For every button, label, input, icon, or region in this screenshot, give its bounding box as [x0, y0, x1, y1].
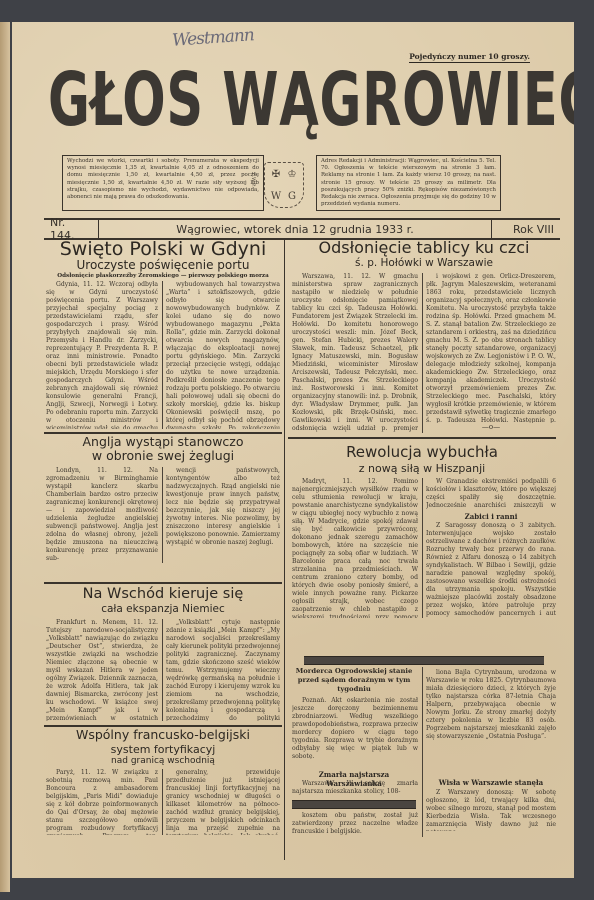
main-column-divider — [284, 240, 285, 860]
article-gdynia-col2: wybudowanych hal towarzystwa „Warta” i s… — [166, 281, 280, 429]
subheading-zabici-i-ranni: Zabici i ranni — [426, 512, 556, 521]
headline-anglja: Anglja wystąpi stanowczo — [44, 436, 282, 449]
column-divider — [162, 467, 163, 563]
column-divider — [162, 281, 163, 429]
subheadline-holowko: ś. p. Hołówki w Warszawie — [288, 258, 560, 269]
column-divider — [422, 273, 423, 433]
editorial-address-box: Adres Redakcji i Administracji: Wągrowie… — [316, 155, 501, 211]
section-rule — [44, 582, 282, 584]
headline-hiszpanja: Rewolucja wybuchła — [288, 445, 556, 460]
subheadline-fortyfikacje: system fortyfikacyj — [44, 744, 282, 755]
article-fortyfikacje-col1: Paryż, 11. 12. W związku z sobotnią rozm… — [46, 769, 158, 835]
article-anglja-col1: Londyn, 11. 12. Na zgromadzeniu w Birmin… — [46, 467, 158, 563]
kicker-gdynia: Odsłonięcie płaskorzeźby Żeromskiego — p… — [44, 273, 282, 279]
black-divider-bar — [304, 656, 544, 665]
article-ogrodowska-col1: Poznań. Akt oskarżenia nie został jeszcz… — [292, 697, 418, 759]
subscription-info-box: Wychodzi we wtorki, czwartki i soboty. P… — [62, 155, 264, 211]
article-holowko-col2: i wojskowi z gen. Orlicz-Dreszerem, płk.… — [426, 273, 556, 423]
article-warszawianka: Warszawa. W sobotę zmarła najstarsza mie… — [292, 780, 418, 796]
column-divider — [162, 619, 163, 721]
headline-wisla: Wisła w Warszawie stanęła — [426, 778, 556, 787]
headline-wschod: Na Wschód kieruje się — [44, 587, 282, 602]
subheadline-anglja: w obronie swej żeglugi — [44, 450, 282, 463]
article-gdynia-col1: Gdynia, 11. 12. Wczoraj odbyła się w Gdy… — [46, 281, 158, 429]
article-wisla: Z Warszawy donoszą: W sobotę ogłoszono, … — [426, 789, 556, 831]
article-ogrodowska-col2: liona Bajla Cytrynbaum, urodzona w Warsz… — [426, 669, 556, 761]
subheadline-wschod: cała ekspanzja Niemiec — [44, 604, 282, 615]
subheadline-hiszpanja: z nową siłą w Hiszpanji — [288, 463, 556, 474]
headline-fortyfikacje: Wspólny francusko-belgijski — [44, 729, 282, 742]
volume-year: Rok VIII — [491, 220, 560, 238]
column-divider — [422, 478, 423, 618]
handwritten-annotation: Westmann — [171, 25, 254, 51]
article-hiszpanja-col2: W Granadzie ekstremiści podpalili 6 kośc… — [426, 478, 556, 510]
newspaper-page: Westmann Pojedyńczy numer 10 groszy. GŁO… — [12, 22, 574, 878]
article-fortyfikacje-continuation: kosztem obu państw, został już zatwierdz… — [292, 812, 418, 838]
book-spine-edge — [0, 22, 10, 892]
subheadline-gdynia: Uroczyste poświęcenie portu — [44, 259, 282, 271]
column-divider — [422, 667, 423, 837]
article-hiszpanja-col1: Madryt, 11. 12. Pomimo najenergiczniejsz… — [292, 478, 418, 618]
headline-gdynia: Święto Polski w Gdyni — [44, 240, 282, 259]
black-divider-bar — [292, 800, 416, 809]
issue-number: Nr. 144. — [44, 220, 99, 238]
subheadline2-fortyfikacje: nad granicą wschodnią — [44, 757, 282, 766]
headline-holowko: Odsłonięcie tablicy ku czci — [288, 240, 560, 256]
article-wschod-col1: Frankfurt n. Menem, 11. 12. Tutejszy nar… — [46, 619, 158, 721]
headline-ogrodowska: Morderca Ogrodowskiej stanie przed sądem… — [290, 667, 418, 694]
article-anglja-col2: wencji państwowych, kontyngentów albo te… — [166, 467, 280, 563]
article-holowko-col1: Warszawa, 11. 12. W gmachu ministerstwa … — [292, 273, 418, 433]
section-rule — [288, 437, 556, 439]
ornament-divider: —o— — [426, 423, 556, 431]
masthead-title: GŁOS WĄGROWIECKI — [48, 64, 386, 136]
coat-of-arms-icon: ✠♔WG — [264, 162, 304, 208]
dateline-bar: Nr. 144. Wągrowiec, wtorek dnia 12 grudn… — [44, 218, 560, 240]
place-date: Wągrowiec, wtorek dnia 12 grudnia 1933 r… — [99, 220, 491, 238]
article-wschod-col2: „Volksblatt” cytuje następnie zdanie z k… — [166, 619, 280, 721]
column-divider — [162, 769, 163, 835]
article-hiszpanja-col2b: Z Saragossy donoszą o 3 zabitych. Interw… — [426, 522, 556, 618]
emblem-side-text: Z.W.P. — [250, 172, 256, 187]
article-fortyfikacje-col2: generalny, przewiduje przedłużenie już i… — [166, 769, 280, 835]
